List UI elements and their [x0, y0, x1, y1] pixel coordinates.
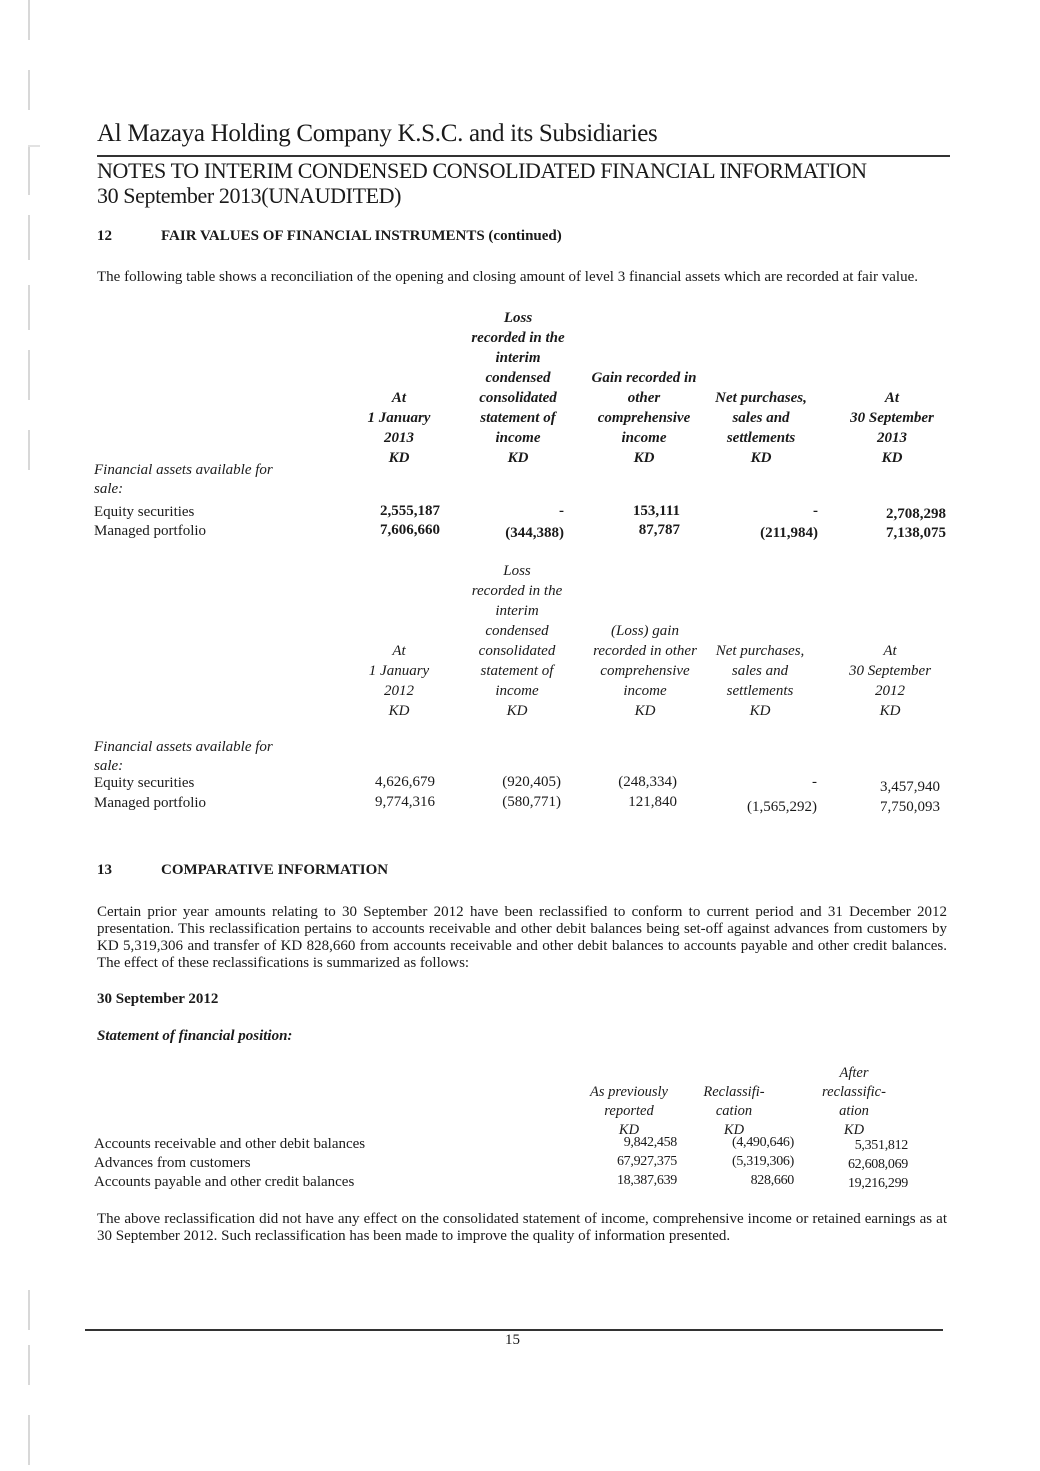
- section-number: 12: [97, 228, 161, 245]
- row-label: Accounts receivable and other debit bala…: [94, 1135, 365, 1154]
- column-header-line: KD: [820, 701, 960, 721]
- scan-edge-artifact: [28, 0, 30, 40]
- section-13-heading: 13COMPARATIVE INFORMATION: [97, 862, 388, 879]
- column-header-line: After: [789, 1064, 919, 1083]
- column-header: Net purchases,sales andsettlementsKD: [691, 388, 831, 468]
- page-number: 15: [0, 1332, 1025, 1349]
- column-header: Lossrecorded in theinterimcondensedconso…: [447, 561, 587, 721]
- level3-reconciliation-2012-table: At1 January2012KDLossrecorded in theinte…: [94, 563, 946, 823]
- column-header-line: income: [447, 681, 587, 701]
- group-label: Financial assets available for: [94, 738, 273, 757]
- column-header-line: reclassific-: [789, 1083, 919, 1102]
- section-number: 13: [97, 862, 161, 879]
- column-header-line: KD: [822, 448, 962, 468]
- column-header-line: At: [822, 388, 962, 408]
- column-header-line: At: [820, 641, 960, 661]
- section-13-body: Certain prior year amounts relating to 3…: [97, 904, 947, 972]
- section-title: FAIR VALUES OF FINANCIAL INSTRUMENTS (co…: [161, 228, 562, 244]
- group-label: Financial assets available for: [94, 461, 273, 480]
- scan-edge-artifact: [28, 145, 40, 147]
- table-cell: 3,457,940: [780, 779, 940, 796]
- column-header-line: Reclassifi-: [669, 1083, 799, 1102]
- column-header-line: interim: [448, 348, 588, 368]
- column-header-line: consolidated: [448, 388, 588, 408]
- level3-reconciliation-2013-table: At1 January2013KDLossrecorded in theinte…: [94, 308, 946, 548]
- table-cell: 5,351,812: [768, 1138, 908, 1154]
- column-header-line: recorded in the: [448, 328, 588, 348]
- column-header: At30 September2012KD: [820, 641, 960, 721]
- column-header-line: statement of: [447, 661, 587, 681]
- scan-edge-artifact: [28, 1415, 30, 1465]
- column-header: Lossrecorded in theinterimcondensedconso…: [448, 308, 588, 468]
- row-label: Accounts payable and other credit balanc…: [94, 1173, 354, 1192]
- column-header-line: consolidated: [447, 641, 587, 661]
- section-12-intro: The following table shows a reconciliati…: [97, 269, 947, 286]
- table-cell: 153,111: [520, 503, 680, 520]
- column-header-line: Net purchases,: [690, 641, 830, 661]
- row-label: Managed portfolio: [94, 522, 206, 541]
- column-header-line: KD: [690, 701, 830, 721]
- column-header-line: (Loss) gain: [575, 621, 715, 641]
- statement-heading: Statement of financial position:: [97, 1028, 292, 1045]
- column-header-line: KD: [691, 448, 831, 468]
- column-header-line: Net purchases,: [691, 388, 831, 408]
- column-header-line: income: [448, 428, 588, 448]
- column-header-line: KD: [448, 448, 588, 468]
- row-label: Managed portfolio: [94, 794, 206, 813]
- row-label: Equity securities: [94, 503, 194, 522]
- notes-title: NOTES TO INTERIM CONDENSED CONSOLIDATED …: [97, 158, 867, 184]
- table-cell: 87,787: [520, 522, 680, 539]
- column-header-line: 2012: [820, 681, 960, 701]
- column-header-line: Gain recorded in: [574, 368, 714, 388]
- header-divider: [97, 155, 950, 157]
- group-label: sale:: [94, 480, 123, 499]
- column-header-line: interim: [447, 601, 587, 621]
- column-header-line: Loss: [447, 561, 587, 581]
- column-header-line: KD: [447, 701, 587, 721]
- date-heading: 30 September 2012: [97, 991, 218, 1008]
- scan-edge-artifact: [28, 215, 30, 260]
- footer-divider: [85, 1329, 943, 1331]
- table-cell: 2,708,298: [786, 506, 946, 523]
- section-12-heading: 12FAIR VALUES OF FINANCIAL INSTRUMENTS (…: [97, 228, 562, 245]
- scan-edge-artifact: [28, 1345, 30, 1385]
- column-header-line: settlements: [691, 428, 831, 448]
- closing-paragraph: The above reclassification did not have …: [97, 1211, 947, 1245]
- column-header-line: condensed: [447, 621, 587, 641]
- table-cell: 7,138,075: [786, 525, 946, 542]
- company-name: Al Mazaya Holding Company K.S.C. and its…: [97, 120, 657, 148]
- scan-edge-artifact: [28, 1290, 30, 1330]
- table-cell: (248,334): [517, 774, 677, 791]
- column-header-line: statement of: [448, 408, 588, 428]
- scan-edge-artifact: [28, 70, 30, 110]
- column-header-line: Loss: [448, 308, 588, 328]
- column-header-line: sales and: [690, 661, 830, 681]
- column-header-line: 2013: [822, 428, 962, 448]
- report-period: 30 September 2013(UNAUDITED): [97, 183, 401, 209]
- scan-edge-artifact: [28, 430, 30, 470]
- column-header: Reclassifi-cationKD: [669, 1083, 799, 1140]
- scan-edge-artifact: [28, 145, 30, 195]
- table-cell: 19,216,299: [768, 1176, 908, 1192]
- column-header-line: cation: [669, 1102, 799, 1121]
- column-header-line: settlements: [690, 681, 830, 701]
- column-header-line: recorded in the: [447, 581, 587, 601]
- column-header-line: 30 September: [822, 408, 962, 428]
- table-cell: 121,840: [517, 794, 677, 811]
- table-cell: 7,750,093: [780, 799, 940, 816]
- column-header: Net purchases,sales andsettlementsKD: [690, 641, 830, 721]
- scan-edge-artifact: [28, 350, 30, 400]
- column-header: At30 September2013KD: [822, 388, 962, 468]
- column-header-line: 30 September: [820, 661, 960, 681]
- column-header: Afterreclassific-ationKD: [789, 1064, 919, 1140]
- column-header-line: ation: [789, 1102, 919, 1121]
- row-label: Advances from customers: [94, 1154, 251, 1173]
- reclassification-table: As previouslyreportedKDReclassifi-cation…: [94, 1062, 946, 1202]
- column-header-line: condensed: [448, 368, 588, 388]
- table-cell: 62,608,069: [768, 1157, 908, 1173]
- section-title: COMPARATIVE INFORMATION: [161, 862, 388, 878]
- row-label: Equity securities: [94, 774, 194, 793]
- scan-edge-artifact: [28, 285, 30, 330]
- column-header-line: sales and: [691, 408, 831, 428]
